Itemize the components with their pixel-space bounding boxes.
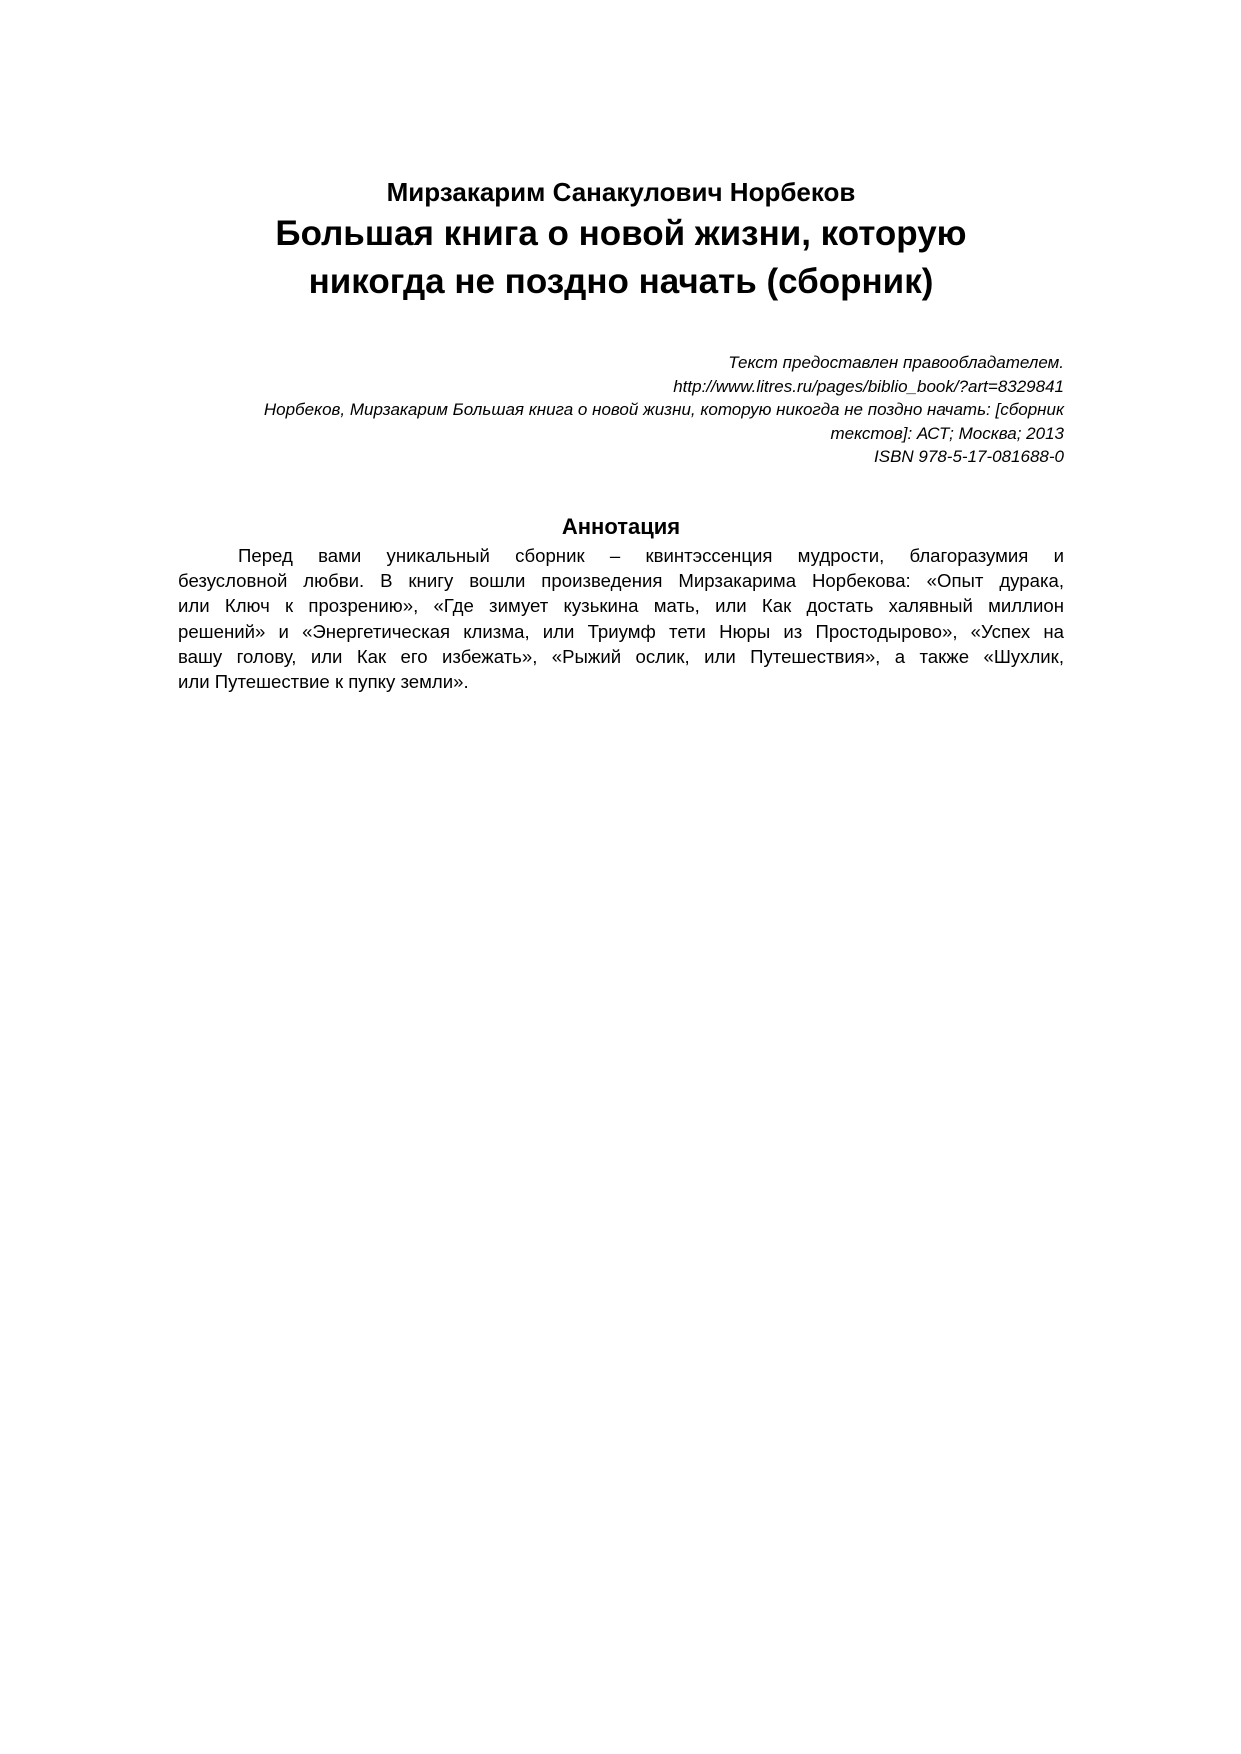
annotation-line: или Ключ к прозрению», «Где зимует кузьк… [178,593,1064,618]
book-title-line: никогда не поздно начать (сборник) [178,258,1064,306]
citation-line: Норбеков, Мирзакарим Большая книга о нов… [178,398,1064,422]
annotation-line: или Путешествие к пупку земли». [178,669,1064,694]
book-author: Мирзакарим Санакулович Норбеков [178,175,1064,209]
annotation-line: вашу голову, или Как его избежать», «Рыж… [178,644,1064,669]
publication-info: Текст предоставлен правообладателем. htt… [178,351,1064,469]
book-title: Большая книга о новой жизни, которую ник… [178,210,1064,306]
annotation-line: безусловной любви. В книгу вошли произве… [178,568,1064,593]
rights-notice: Текст предоставлен правообладателем. [178,351,1064,375]
annotation-paragraph: Перед вами уникальный сборник – квинтэсс… [178,543,1064,694]
annotation-heading: Аннотация [178,513,1064,541]
citation-line: текстов]: АСТ; Москва; 2013 [178,422,1064,446]
book-title-line: Большая книга о новой жизни, которую [178,210,1064,258]
annotation-line: Перед вами уникальный сборник – квинтэсс… [178,543,1064,568]
source-url: http://www.litres.ru/pages/biblio_book/?… [178,375,1064,399]
isbn: ISBN 978-5-17-081688-0 [178,445,1064,469]
annotation-line: решений» и «Энергетическая клизма, или Т… [178,619,1064,644]
